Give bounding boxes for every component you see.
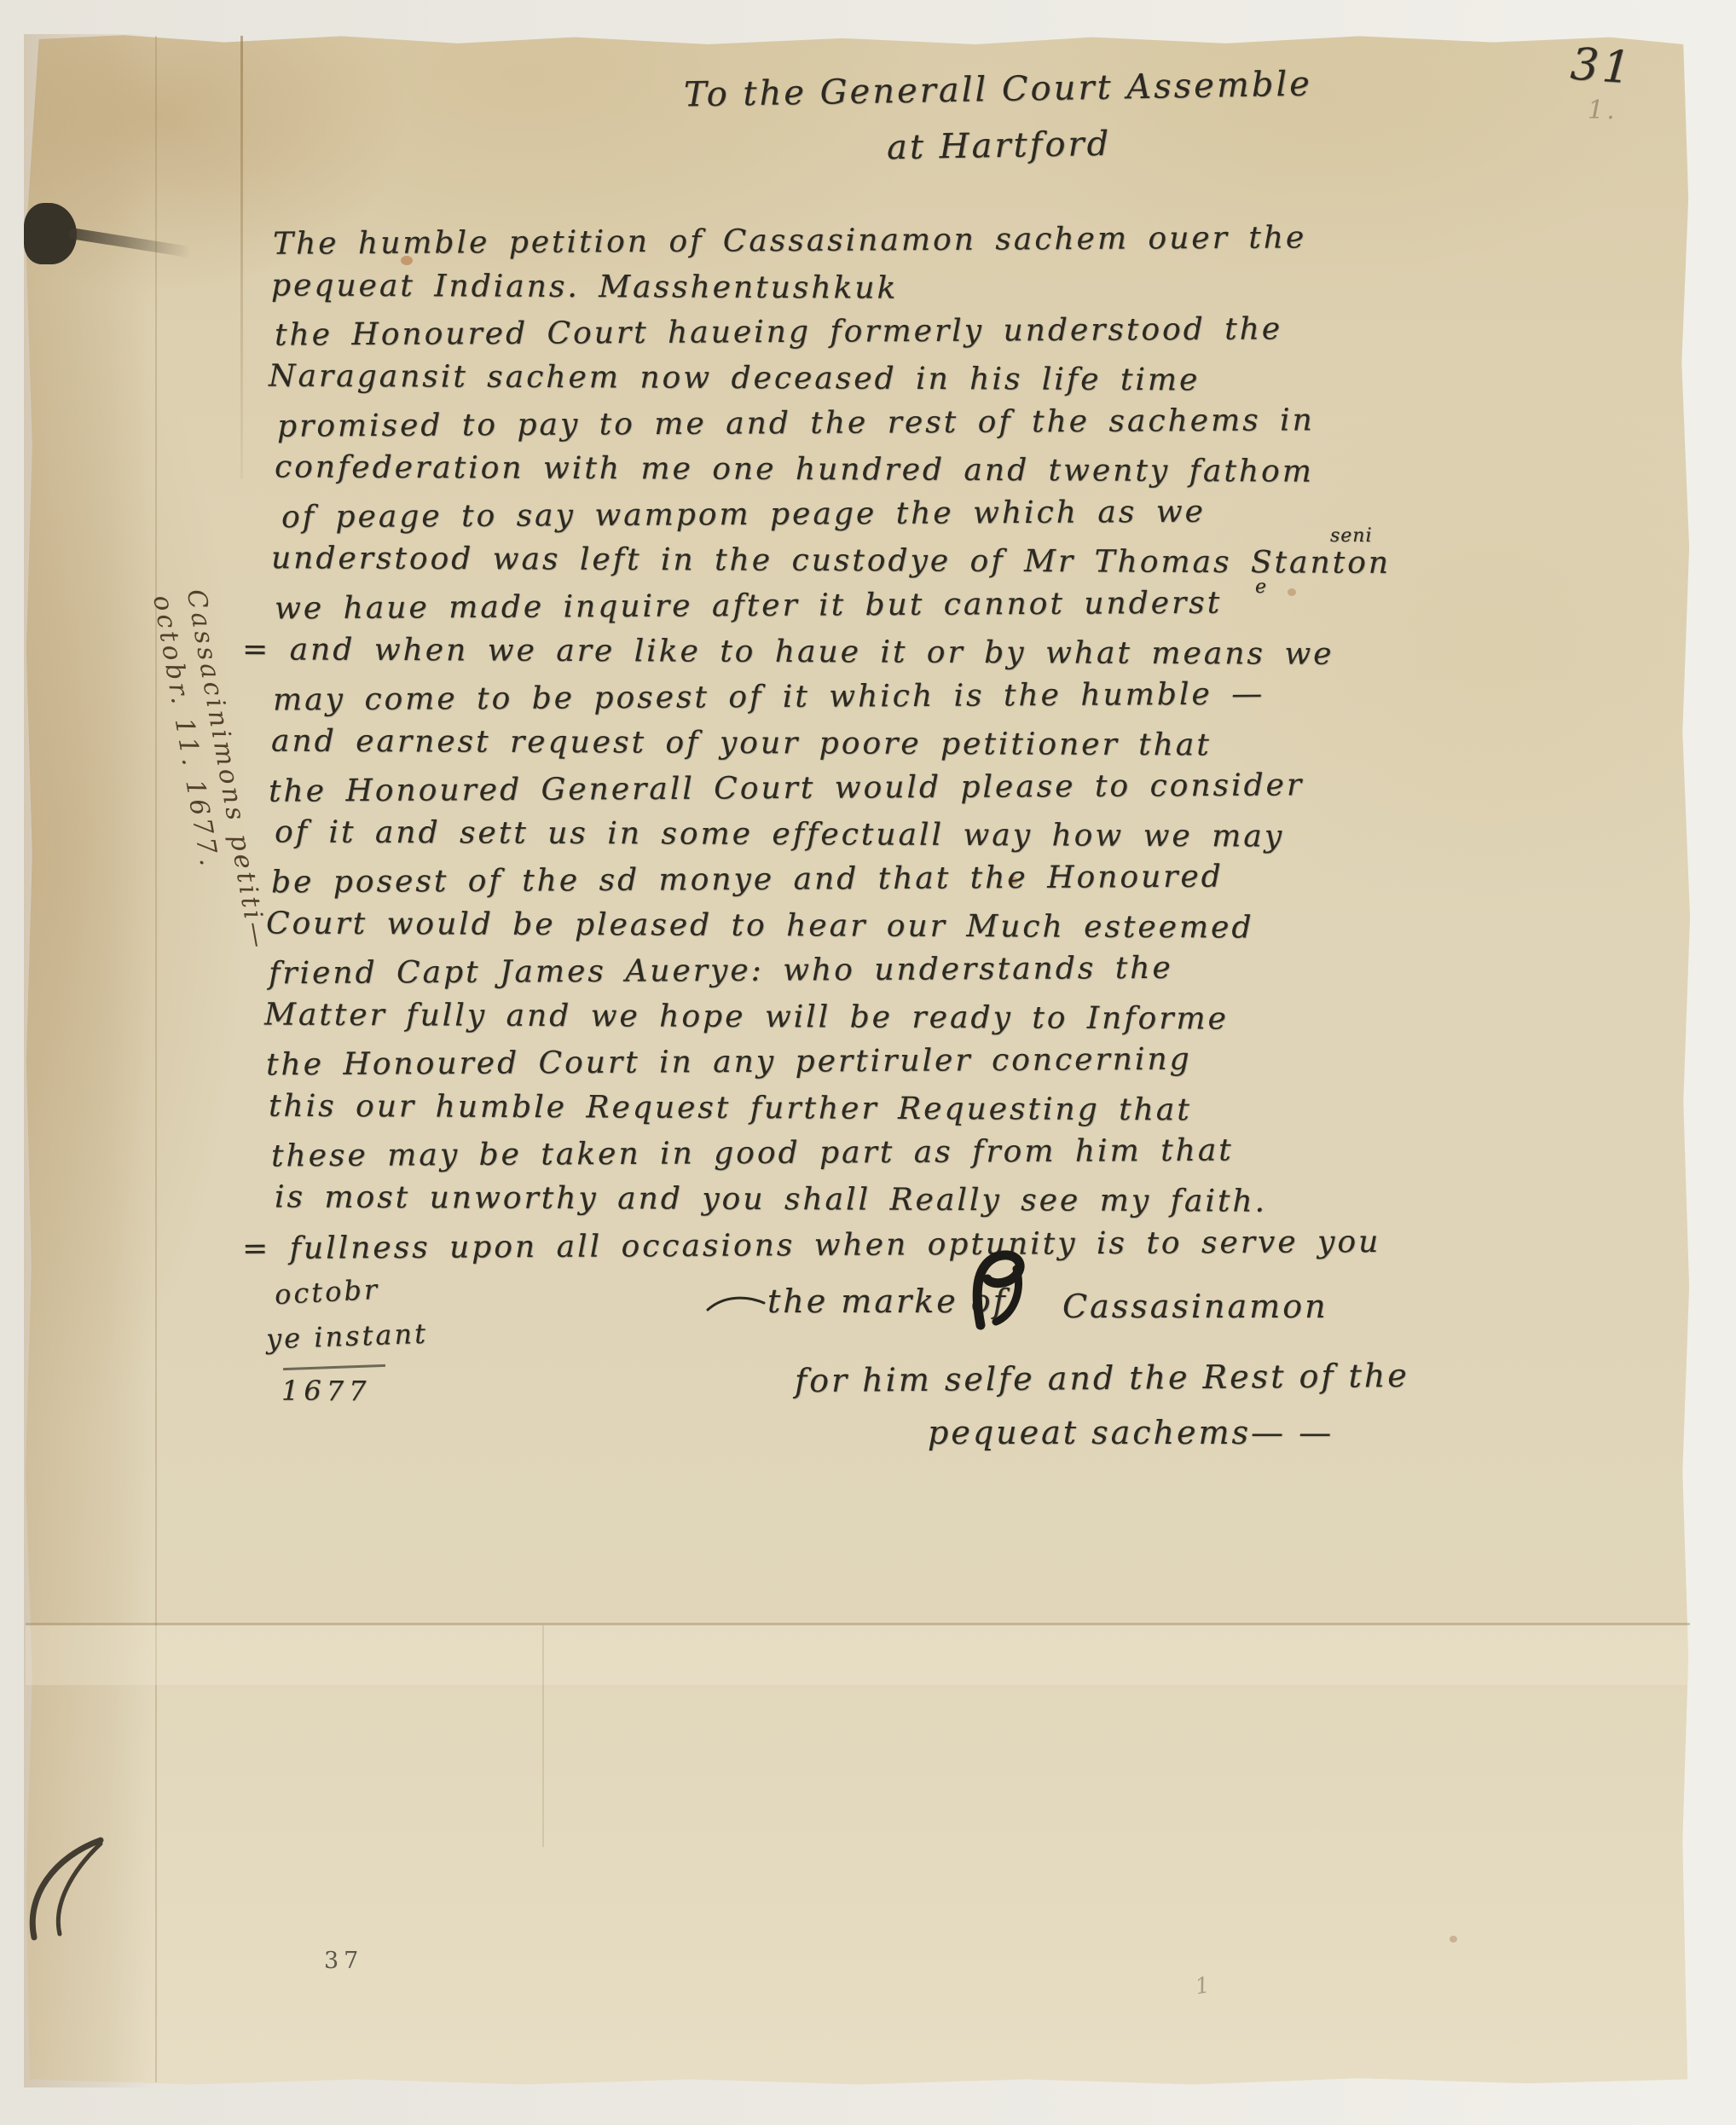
manuscript-line: this our humble Request further Requesti… [269,1089,1192,1128]
manuscript-line: and earnest request of your poore petiti… [271,724,1212,763]
date-month: octobr [274,1273,380,1311]
manuscript-line: = and when we are like to haue it or by … [242,632,1334,672]
superscript-seni: seni [1330,525,1373,547]
fold-edge-crease [155,36,157,2082]
manuscript-line: The humble petition of Cassasinamon sach… [273,220,1306,261]
fold-light-band [26,1625,1690,1685]
cassasinamon-mark-icon [962,1247,1044,1332]
manuscript-line: the Honoured Court haueing formerly unde… [275,311,1282,352]
manuscript-line: the Honoured Generall Court would please… [269,767,1304,808]
manuscript-line: Matter fully and we hope will be ready t… [264,998,1229,1037]
folio-faint-mark: 1. [1588,96,1617,125]
signatory-name: Cassasinamon [1062,1288,1328,1325]
vertical-crease [240,36,243,479]
manuscript-line: be posest of the sd monye and that the H… [271,860,1224,900]
manuscript-line: = fullness upon all occasions when optun… [242,1225,1380,1266]
page-stamp-number: 37 [324,1948,363,1974]
manuscript-line: friend Capt James Auerye: who understand… [269,951,1173,991]
manuscript-line: pequeat Indians. Masshentushkuk [271,268,898,305]
superscript-underst: e [1255,576,1267,598]
left-fold-strip [24,34,153,2087]
folio-number: 31 [1569,38,1635,94]
manuscript-line: may come to be posest of it which is the… [273,676,1264,717]
manuscript-line: of peage to say wampom peage the which a… [281,495,1206,536]
manuscript-line: is most unworthy and you shall Really se… [275,1179,1267,1219]
date-year: 1677 [281,1375,371,1407]
manuscript-line: Court would be pleased to hear our Much … [266,906,1254,945]
manuscript-line: we haue made inquire after it but cannot… [275,586,1222,627]
pen-flourish [15,1833,118,1944]
date-instant: ye instant [265,1317,428,1356]
pen-swash [706,1293,766,1315]
manuscript-line: promised to pay to me and the rest of th… [277,402,1315,443]
signature-line-2: for him selfe and the Rest of the [795,1357,1409,1399]
lower-vertical-crease [542,1625,544,1847]
paper-stain [1288,588,1296,596]
manuscript-line: the Honoured Court in any pertiruler con… [266,1042,1192,1083]
paper-stain [1450,1936,1457,1943]
signature-line-3: pequeat sachems— — [928,1414,1334,1451]
address-line-2: at Hartford [887,124,1112,168]
manuscript-line: these may be taken in good part as from … [271,1133,1234,1174]
scanned-manuscript-page: 31 1. 37 1 To the Generall Court Assembl… [0,0,1736,2125]
manuscript-line: Naragansit sachem now deceased in his li… [269,359,1201,398]
manuscript-line: understood was left in the custodye of M… [271,541,1391,581]
manuscript-line: confederation with me one hundred and tw… [275,449,1314,489]
manuscript-line: of it and sett us in some effectuall way… [275,814,1284,854]
